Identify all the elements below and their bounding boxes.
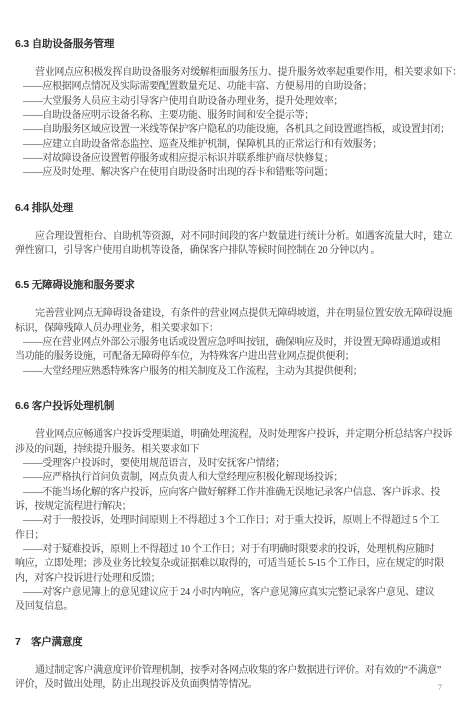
document-section: 6.4 排队处理 应合理设置柜台、自助机等资源，对不同时间段的客户数量进行统计分… <box>15 201 459 259</box>
text-line: 弹性窗口，引导客户使用自助机等设备，确保客户排队等候时间控制在 20 分钟以内 … <box>15 244 459 258</box>
text-line: 涉及的问题，持续提升服务。相关要求如下 <box>15 443 459 457</box>
section-lines: 营业网点应畅通客户投诉受理渠道，明确处理流程，及时处理客户投诉，并定期分析总结客… <box>15 428 459 614</box>
text-line: 及回复信息。 <box>15 600 459 614</box>
text-line: 内，对客户投诉进行处理和反馈； <box>15 572 459 586</box>
text-line: ——自助服务区域应设置一米线等保护客户隐私的功能设施，各机具之间设置遮挡板，或设… <box>15 123 459 137</box>
text-line: 作日； <box>15 529 459 543</box>
text-line: ——应在营业网点外部公示服务电话或设置应急呼叫按钮，确保响应及时，并设置无障碍通… <box>15 336 459 350</box>
text-line: ——对客户意见簿上的意见建议应于 24 小时内响应，客户意见簿应真实完整记录客户… <box>15 586 459 600</box>
text-line: ——自助设备应明示设备名称、主要功能、服务时间和安全提示等； <box>15 109 459 123</box>
text-line: 通过制定客户满意度评价管理机制，按季对各网点收集的客户数据进行评价。对有效的“不… <box>15 664 459 678</box>
text-line: 评价，及时做出处理，防止出现投诉及负面舆情等情况。 <box>15 678 459 692</box>
text-line: ——应及时处理、解决客户在使用自助设备时出现的吞卡和错账等问题； <box>15 166 459 180</box>
section-heading: 6.5 无障碍设施和服务要求 <box>15 278 459 292</box>
page-number: 7 <box>438 682 442 692</box>
document-section: 7 客户满意度 通过制定客户满意度评价管理机制，按季对各网点收集的客户数据进行评… <box>15 635 459 693</box>
text-line: 营业网点应积极发挥自助设备服务对缓解柜面服务压力、提升服务效率起重要作用，相关要… <box>15 66 459 80</box>
text-line: ——应根据网点情况及实际需要配置数量充足、功能丰富、方便易用的自助设备； <box>15 80 459 94</box>
text-line: ——不能当场化解的客户投诉，应向客户做好解释工作并准确无误地记录客户信息、客户诉… <box>15 486 459 500</box>
text-line: 应合理设置柜台、自助机等资源，对不同时间段的客户数量进行统计分析。如遇客流量大时… <box>15 230 459 244</box>
text-line: 当功能的服务设施，可配备无障碍停车位，为特殊客户进出营业网点提供便利； <box>15 350 459 364</box>
section-heading: 6.6 客户投诉处理机制 <box>15 399 459 413</box>
document-section: 6.3 自助设备服务管理 营业网点应积极发挥自助设备服务对缓解柜面服务压力、提升… <box>15 37 459 181</box>
section-heading: 6.4 排队处理 <box>15 201 459 215</box>
document-section: 6.6 客户投诉处理机制 营业网点应畅通客户投诉受理渠道，明确处理流程，及时处理… <box>15 399 459 614</box>
section-heading: 6.3 自助设备服务管理 <box>15 37 459 51</box>
document-body: 6.3 自助设备服务管理 营业网点应积极发挥自助设备服务对缓解柜面服务压力、提升… <box>15 37 459 692</box>
text-line: ——对故障设备应设置暂停服务或相应提示标识并联系维护商尽快修复； <box>15 152 459 166</box>
section-lines: 营业网点应积极发挥自助设备服务对缓解柜面服务压力、提升服务效率起重要作用，相关要… <box>15 66 459 181</box>
text-line: ——大堂经理应熟悉特殊客户服务的相关制度及工作流程，主动为其提供便利； <box>15 365 459 379</box>
text-line: 营业网点应畅通客户投诉受理渠道，明确处理流程，及时处理客户投诉，并定期分析总结客… <box>15 428 459 442</box>
text-line: ——对于疑难投诉，原则上不得超过 10 个工作日；对于有明确时限要求的投诉，处理… <box>15 543 459 557</box>
text-line: ——应严格执行首问负责制，网点负责人和大堂经理应积极化解现场投诉； <box>15 471 459 485</box>
text-line: 诉，按规定流程进行解决； <box>15 500 459 514</box>
section-lines: 通过制定客户满意度评价管理机制，按季对各网点收集的客户数据进行评价。对有效的“不… <box>15 664 459 693</box>
text-line: 响应，立即处理；涉及业务比较复杂或证据难以取得的，可适当延长 5-15 个工作日… <box>15 557 459 571</box>
section-lines: 完善营业网点无障碍设备建设，有条件的营业网点提供无障碍坡道，并在明显位置安放无障… <box>15 307 459 379</box>
section-heading: 7 客户满意度 <box>15 635 459 649</box>
section-lines: 应合理设置柜台、自助机等资源，对不同时间段的客户数量进行统计分析。如遇客流量大时… <box>15 230 459 259</box>
text-line: ——应建立自助设备常态监控、巡查及维护机制，保障机具的正常运行和有效服务； <box>15 138 459 152</box>
document-section: 6.5 无障碍设施和服务要求 完善营业网点无障碍设备建设，有条件的营业网点提供无… <box>15 278 459 379</box>
text-line: ——对于一般投诉，处理时间原则上不得超过 3 个工作日；对于重大投诉，原则上不得… <box>15 514 459 528</box>
text-line: ——大堂服务人员应主动引导客户使用自助设备办理业务，提升处理效率； <box>15 95 459 109</box>
text-line: 标识，保障残障人员办理业务，相关要求如下： <box>15 322 459 336</box>
document-page: 6.3 自助设备服务管理 营业网点应积极发挥自助设备服务对缓解柜面服务压力、提升… <box>0 0 467 701</box>
text-line: 完善营业网点无障碍设备建设，有条件的营业网点提供无障碍坡道，并在明显位置安放无障… <box>15 307 459 321</box>
text-line: ——受理客户投诉时，要使用规范语言，及时安抚客户情绪； <box>15 457 459 471</box>
